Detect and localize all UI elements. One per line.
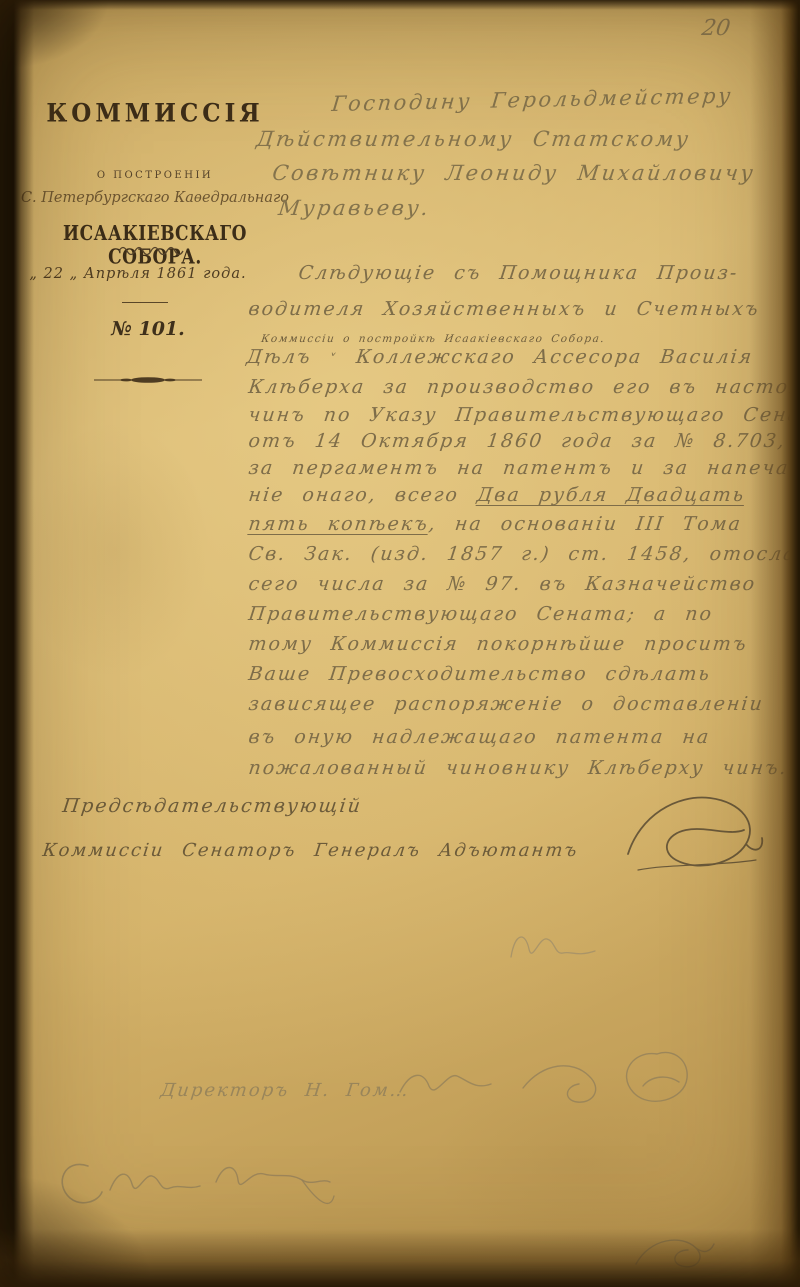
underlined-amount-rubles: Два рубля Двадцать: [476, 484, 747, 506]
body-line-1: Слѣдующіе съ Помощника Произ-: [297, 262, 739, 284]
body-line-10: Св. Зак. (изд. 1857 г.) ст. 1458, отосла…: [247, 543, 800, 565]
pencil-scribble-note: [48, 1142, 338, 1227]
signature-rank-line: Коммиссіи Сенаторъ Генералъ Адъютантъ: [41, 840, 579, 861]
address-line: Дѣйствительному Статскому: [255, 127, 692, 151]
address-line: Господину Герольдмейстеру: [331, 84, 735, 116]
chairman-signature-flourish: [618, 788, 768, 880]
body-line-4: Клѣберха за производство его въ настоящі…: [247, 376, 800, 398]
wavy-divider-icon: [116, 244, 196, 256]
letterhead-title: КОММИССІЯ: [28, 99, 282, 128]
letterhead-rule: [122, 302, 168, 303]
address-line: Совѣтнику Леониду Михайловичу: [271, 161, 757, 185]
pencil-flourish: [630, 1230, 716, 1278]
body-line-3-word: Дѣлъ: [245, 346, 313, 368]
body-line-6: отъ 14 Октября 1860 года за № 8.703,: [247, 430, 787, 452]
underlined-amount-kopecks: пять копѣекъ: [247, 513, 430, 535]
photo-edge-top: [0, 0, 800, 10]
body-line-11: сего числа за № 97. въ Казначейство: [247, 573, 757, 595]
folio-number: 20: [700, 16, 732, 41]
body-line-12: Правительствующаго Сената; а по: [247, 603, 714, 625]
body-line-14: Ваше Превосходительство сдѣлать: [247, 663, 712, 685]
body-line-7: за пергаментъ на патентъ и за напечата-: [247, 457, 800, 479]
body-line-5: чинъ по Указу Правительствующаго Сената: [247, 404, 800, 426]
interlinear-insertion: Коммиссіи о постройкѣ Исаакіевскаго Собо…: [261, 333, 606, 345]
director-pencil-note: Директоръ Н. Гом…: [159, 1080, 411, 1101]
photo-edge-right: [750, 0, 800, 1287]
body-line-2: водителя Хозяйственныхъ и Счетныхъ: [247, 298, 761, 320]
address-line: Муравьеву.: [277, 196, 432, 220]
director-signature-scribble: [395, 1040, 695, 1112]
body-line-3-rest: Коллежскаго Ассесора Василія: [355, 346, 755, 368]
date-line: „ 22 „ Апрѣля 1861 года.: [12, 266, 264, 282]
document-number: № 101.: [96, 318, 200, 340]
insertion-caret: ˅: [328, 352, 338, 367]
body-line-9-text: , на основаніи III Тома: [428, 513, 744, 535]
photo-corner-shadow: [0, 0, 110, 70]
body-line-15: зависящее распоряженіе о доставленіи: [247, 693, 765, 715]
body-line-13: тому Коммиссія покорнѣйше проситъ: [247, 633, 749, 655]
letterhead-subtitle: О ПОСТРОЕНІИ: [28, 170, 282, 181]
body-line-17: пожалованный чиновнику Клѣберху чинъ.: [247, 757, 789, 779]
letterhead-script-line: С. Петербургскаго Каѳедральнаго: [14, 190, 296, 206]
body-line-16: въ оную надлежащаго патента на: [247, 726, 711, 748]
pencil-signature-scribble: [505, 925, 605, 971]
body-line-3: Дѣлъ ˅ Коллежскаго Ассесора Василія: [245, 346, 754, 368]
body-line-8: ніе онаго, всего Два рубля Двадцать: [247, 484, 746, 506]
paper-stain: [20, 420, 210, 680]
archival-letter-scan: 20 КОММИССІЯ О ПОСТРОЕНІИ С. Петербургск…: [0, 0, 800, 1287]
body-line-8-text: ніе онаго, всего: [247, 484, 478, 506]
body-line-9: пять копѣекъ, на основаніи III Тома: [247, 513, 743, 535]
signature-title-line: Предсѣдательствующій: [61, 795, 363, 817]
ornament-divider-icon: [92, 374, 204, 386]
